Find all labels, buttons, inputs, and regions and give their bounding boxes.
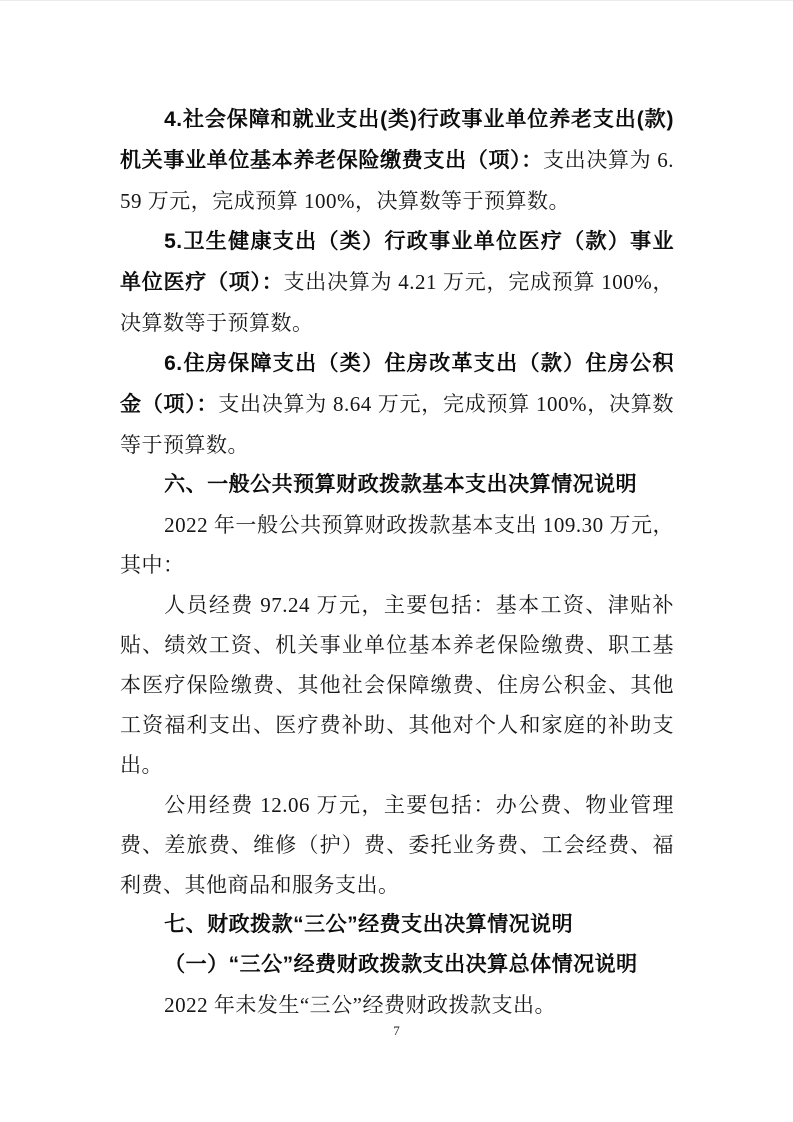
paragraph-body-text: 2022 年未发生“三公”经费财政拨款支出。: [164, 993, 556, 1017]
section-heading-seven: 七、财政拨款“三公”经费支出决算情况说明: [120, 905, 674, 945]
paragraph-expense-item-6: 6.住房保障支出（类）住房改革支出（款）住房公积金（项）：支出决算为 8.64 …: [120, 343, 674, 465]
document-body: 4.社会保障和就业支出(类)行政事业单位养老支出(款)机关事业单位基本养老保险缴…: [120, 99, 674, 1025]
paragraph-basic-expenditure-total: 2022 年一般公共预算财政拨款基本支出 109.30 万元，其中：: [120, 505, 674, 585]
section-heading-six: 六、一般公共预算财政拨款基本支出决算情况说明: [120, 465, 674, 505]
paragraph-body-text: 公用经费 12.06 万元，主要包括：办公费、物业管理费、差旅费、维修（护）费、…: [120, 793, 674, 897]
paragraph-personnel-funds: 人员经费 97.24 万元，主要包括：基本工资、津贴补贴、绩效工资、机关事业单位…: [120, 585, 674, 785]
paragraph-expense-item-4: 4.社会保障和就业支出(类)行政事业单位养老支出(款)机关事业单位基本养老保险缴…: [120, 99, 674, 221]
paragraph-expense-item-5: 5.卫生健康支出（类）行政事业单位医疗（款）事业单位医疗（项）：支出决算为 4.…: [120, 221, 674, 343]
paragraph-public-funds: 公用经费 12.06 万元，主要包括：办公费、物业管理费、差旅费、维修（护）费、…: [120, 785, 674, 905]
section-heading-text: （一）“三公”经费财政拨款支出决算总体情况说明: [164, 953, 638, 976]
document-page: 4.社会保障和就业支出(类)行政事业单位养老支出(款)机关事业单位基本养老保险缴…: [0, 0, 793, 1122]
page-number: 7: [0, 1022, 793, 1040]
paragraph-three-public-expense: 2022 年未发生“三公”经费财政拨款支出。: [120, 985, 674, 1025]
section-heading-text: 六、一般公共预算财政拨款基本支出决算情况说明: [164, 473, 637, 496]
paragraph-body-text: 2022 年一般公共预算财政拨款基本支出 109.30 万元，其中：: [120, 513, 674, 577]
paragraph-body-text: 人员经费 97.24 万元，主要包括：基本工资、津贴补贴、绩效工资、机关事业单位…: [120, 593, 674, 777]
subsection-heading-one: （一）“三公”经费财政拨款支出决算总体情况说明: [120, 945, 674, 985]
section-heading-text: 七、财政拨款“三公”经费支出决算情况说明: [164, 913, 573, 936]
